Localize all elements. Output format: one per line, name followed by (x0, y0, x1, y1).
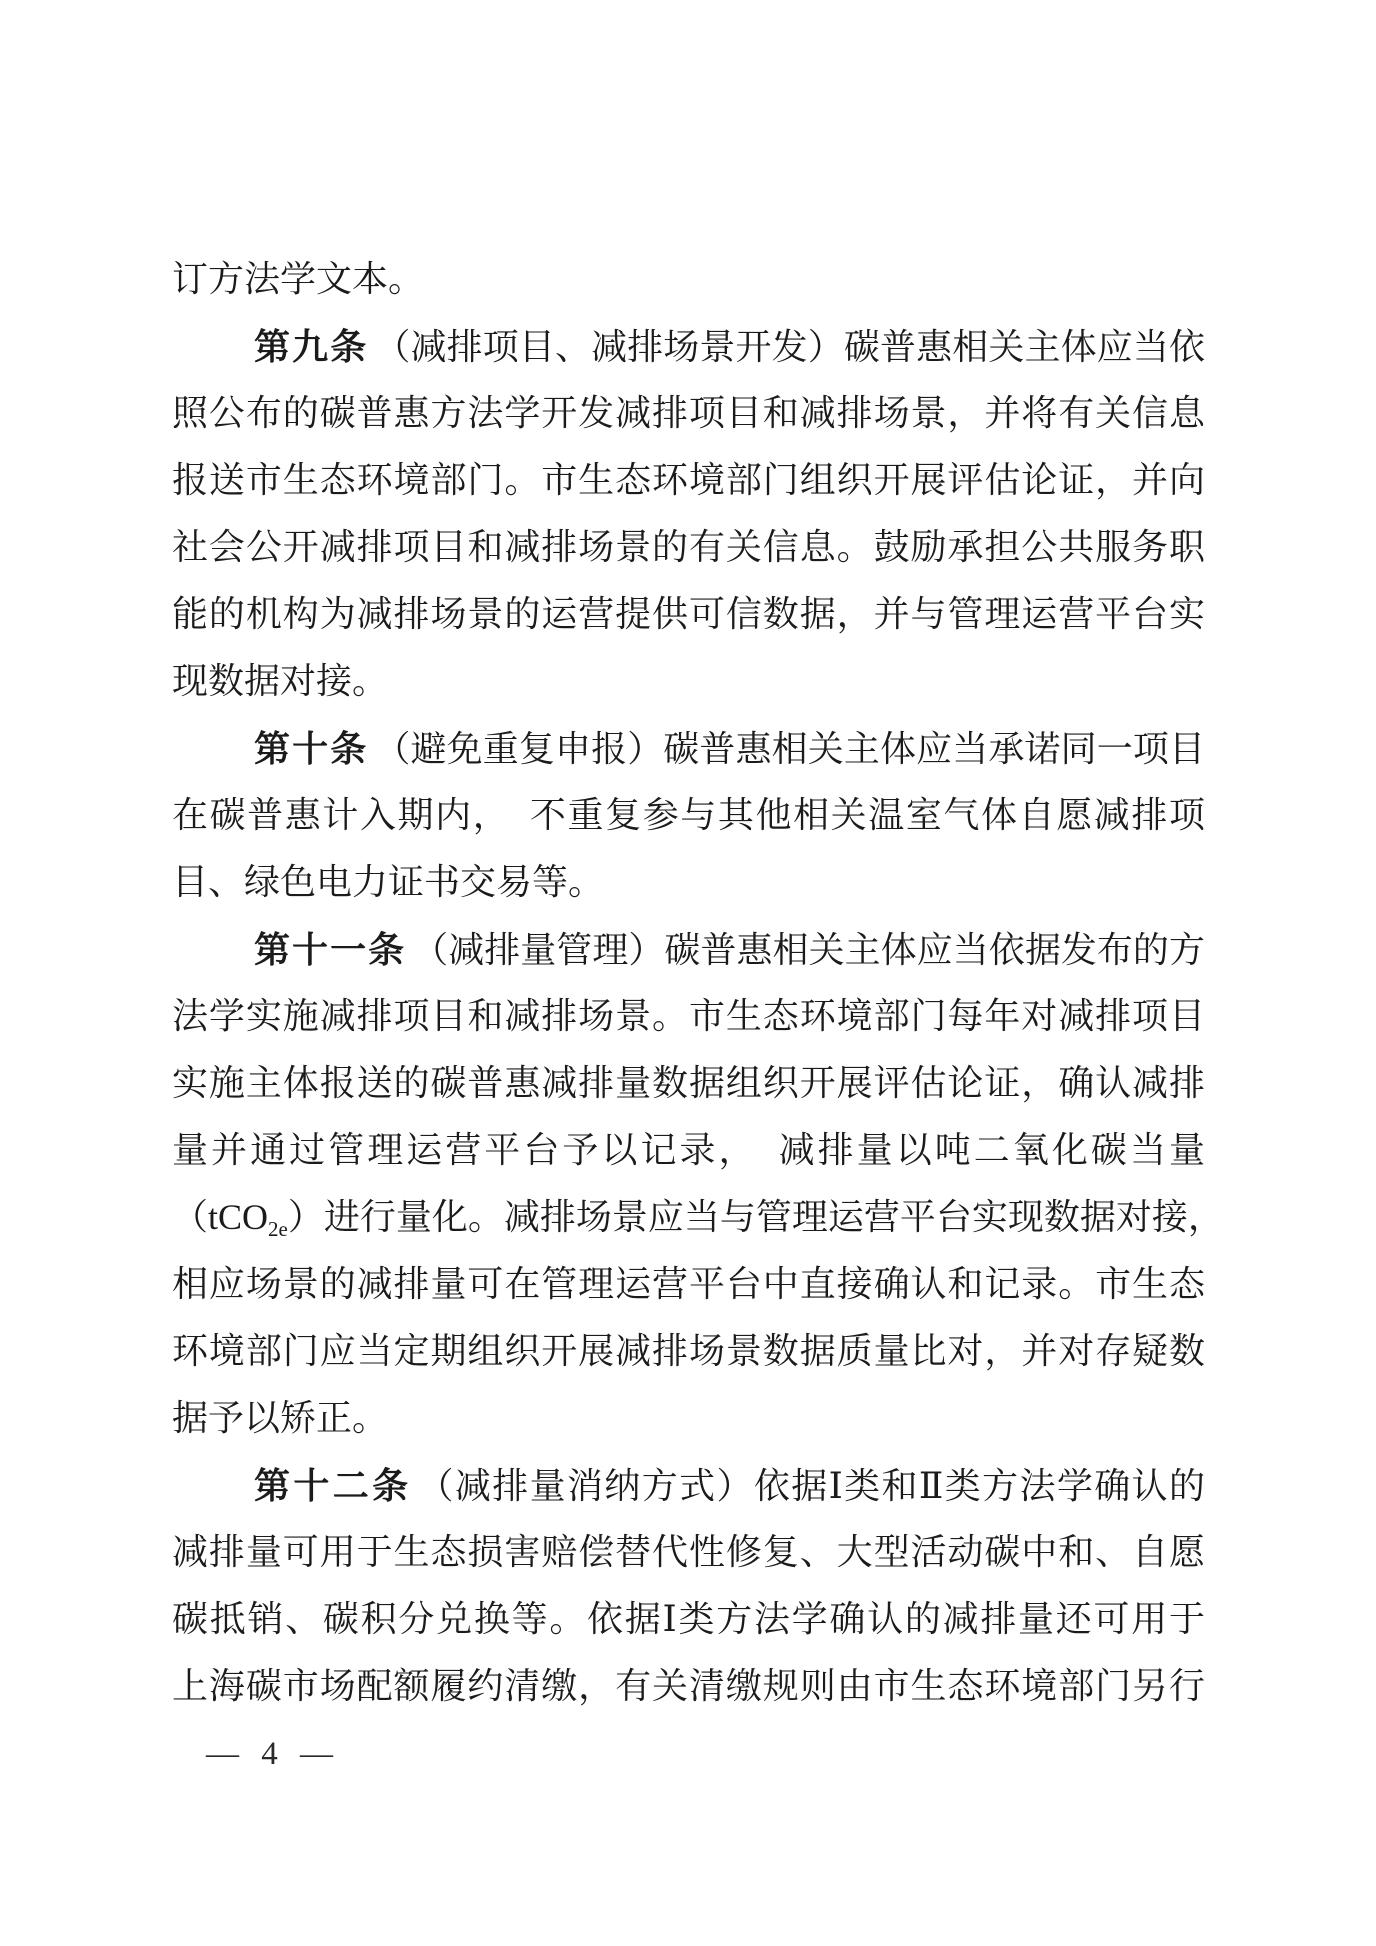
text-line-article-12: 第十二条（减排量消纳方式）依据Ⅰ类和Ⅱ类方法学确认的 (172, 1452, 1205, 1519)
article-9-label: 第九条 (254, 326, 374, 367)
text-line: 在碳普惠计入期内， 不重复参与其他相关温室气体自愿减排项 (172, 782, 1205, 849)
text-line: 照公布的碳普惠方法学开发减排项目和减排场景，并将有关信息 (172, 380, 1205, 447)
text-line: 实施主体报送的碳普惠减排量数据组织开展评估论证，确认减排 (172, 1050, 1205, 1117)
text-line-article-10: 第十条（避免重复申报）碳普惠相关主体应当承诺同一项目 (172, 715, 1205, 782)
article-10-label: 第十条 (254, 728, 374, 769)
document-page: 订方法学文本。 第九条（减排项目、减排场景开发）碳普惠相关主体应当依 照公布的碳… (0, 0, 1376, 1946)
article-11-text: （减排量管理）碳普惠相关主体应当依据发布的方 (412, 930, 1205, 970)
article-12-label: 第十二条 (254, 1465, 418, 1506)
text-line: 现数据对接。 (172, 648, 1205, 715)
text-line: 环境部门应当定期组织开展减排场景数据质量比对，并对存疑数 (172, 1318, 1205, 1385)
text-line-tco2e: （tCO2e）进行量化。减排场景应当与管理运营平台实现数据对接， (172, 1184, 1205, 1251)
text-line: 上海碳市场配额履约清缴，有关清缴规则由市生态环境部门另行 (172, 1653, 1205, 1720)
body-text: 订方法学文本。 第九条（减排项目、减排场景开发）碳普惠相关主体应当依 照公布的碳… (172, 246, 1205, 1720)
text-line: 据予以矫正。 (172, 1385, 1205, 1452)
page-number: — 4 — (206, 1732, 340, 1776)
text-line: 量并通过管理运营平台予以记录， 减排量以吨二氧化碳当量 (172, 1117, 1205, 1184)
text-line: 目、绿色电力证书交易等。 (172, 849, 1205, 916)
text-line: 相应场景的减排量可在管理运营平台中直接确认和记录。市生态 (172, 1251, 1205, 1318)
text-line: 报送市生态环境部门。市生态环境部门组织开展评估论证，并向 (172, 447, 1205, 514)
article-11-label: 第十一条 (254, 929, 412, 970)
text-line: 法学实施减排项目和减排场景。市生态环境部门每年对减排项目 (172, 983, 1205, 1050)
article-12-text: （减排量消纳方式）依据Ⅰ类和Ⅱ类方法学确认的 (418, 1466, 1206, 1506)
text-line-article-9: 第九条（减排项目、减排场景开发）碳普惠相关主体应当依 (172, 313, 1205, 380)
article-9-text: （减排项目、减排场景开发）碳普惠相关主体应当依 (374, 327, 1205, 367)
tco2e-suffix: ）进行量化。减排场景应当与管理运营平台实现数据对接， (288, 1197, 1224, 1237)
text-line: 能的机构为减排场景的运营提供可信数据，并与管理运营平台实 (172, 581, 1205, 648)
text-line-article-11: 第十一条（减排量管理）碳普惠相关主体应当依据发布的方 (172, 916, 1205, 983)
article-10-text: （避免重复申报）碳普惠相关主体应当承诺同一项目 (374, 729, 1205, 769)
text-line: 社会公开减排项目和减排场景的有关信息。鼓励承担公共服务职 (172, 514, 1205, 581)
text-line: 订方法学文本。 (172, 246, 1205, 313)
tco2e-subscript: 2e (268, 1217, 288, 1241)
text-line: 减排量可用于生态损害赔偿替代性修复、大型活动碳中和、自愿 (172, 1519, 1205, 1586)
text-line: 碳抵销、碳积分兑换等。依据Ⅰ类方法学确认的减排量还可用于 (172, 1586, 1205, 1653)
tco2e-prefix: （tCO (172, 1197, 268, 1237)
